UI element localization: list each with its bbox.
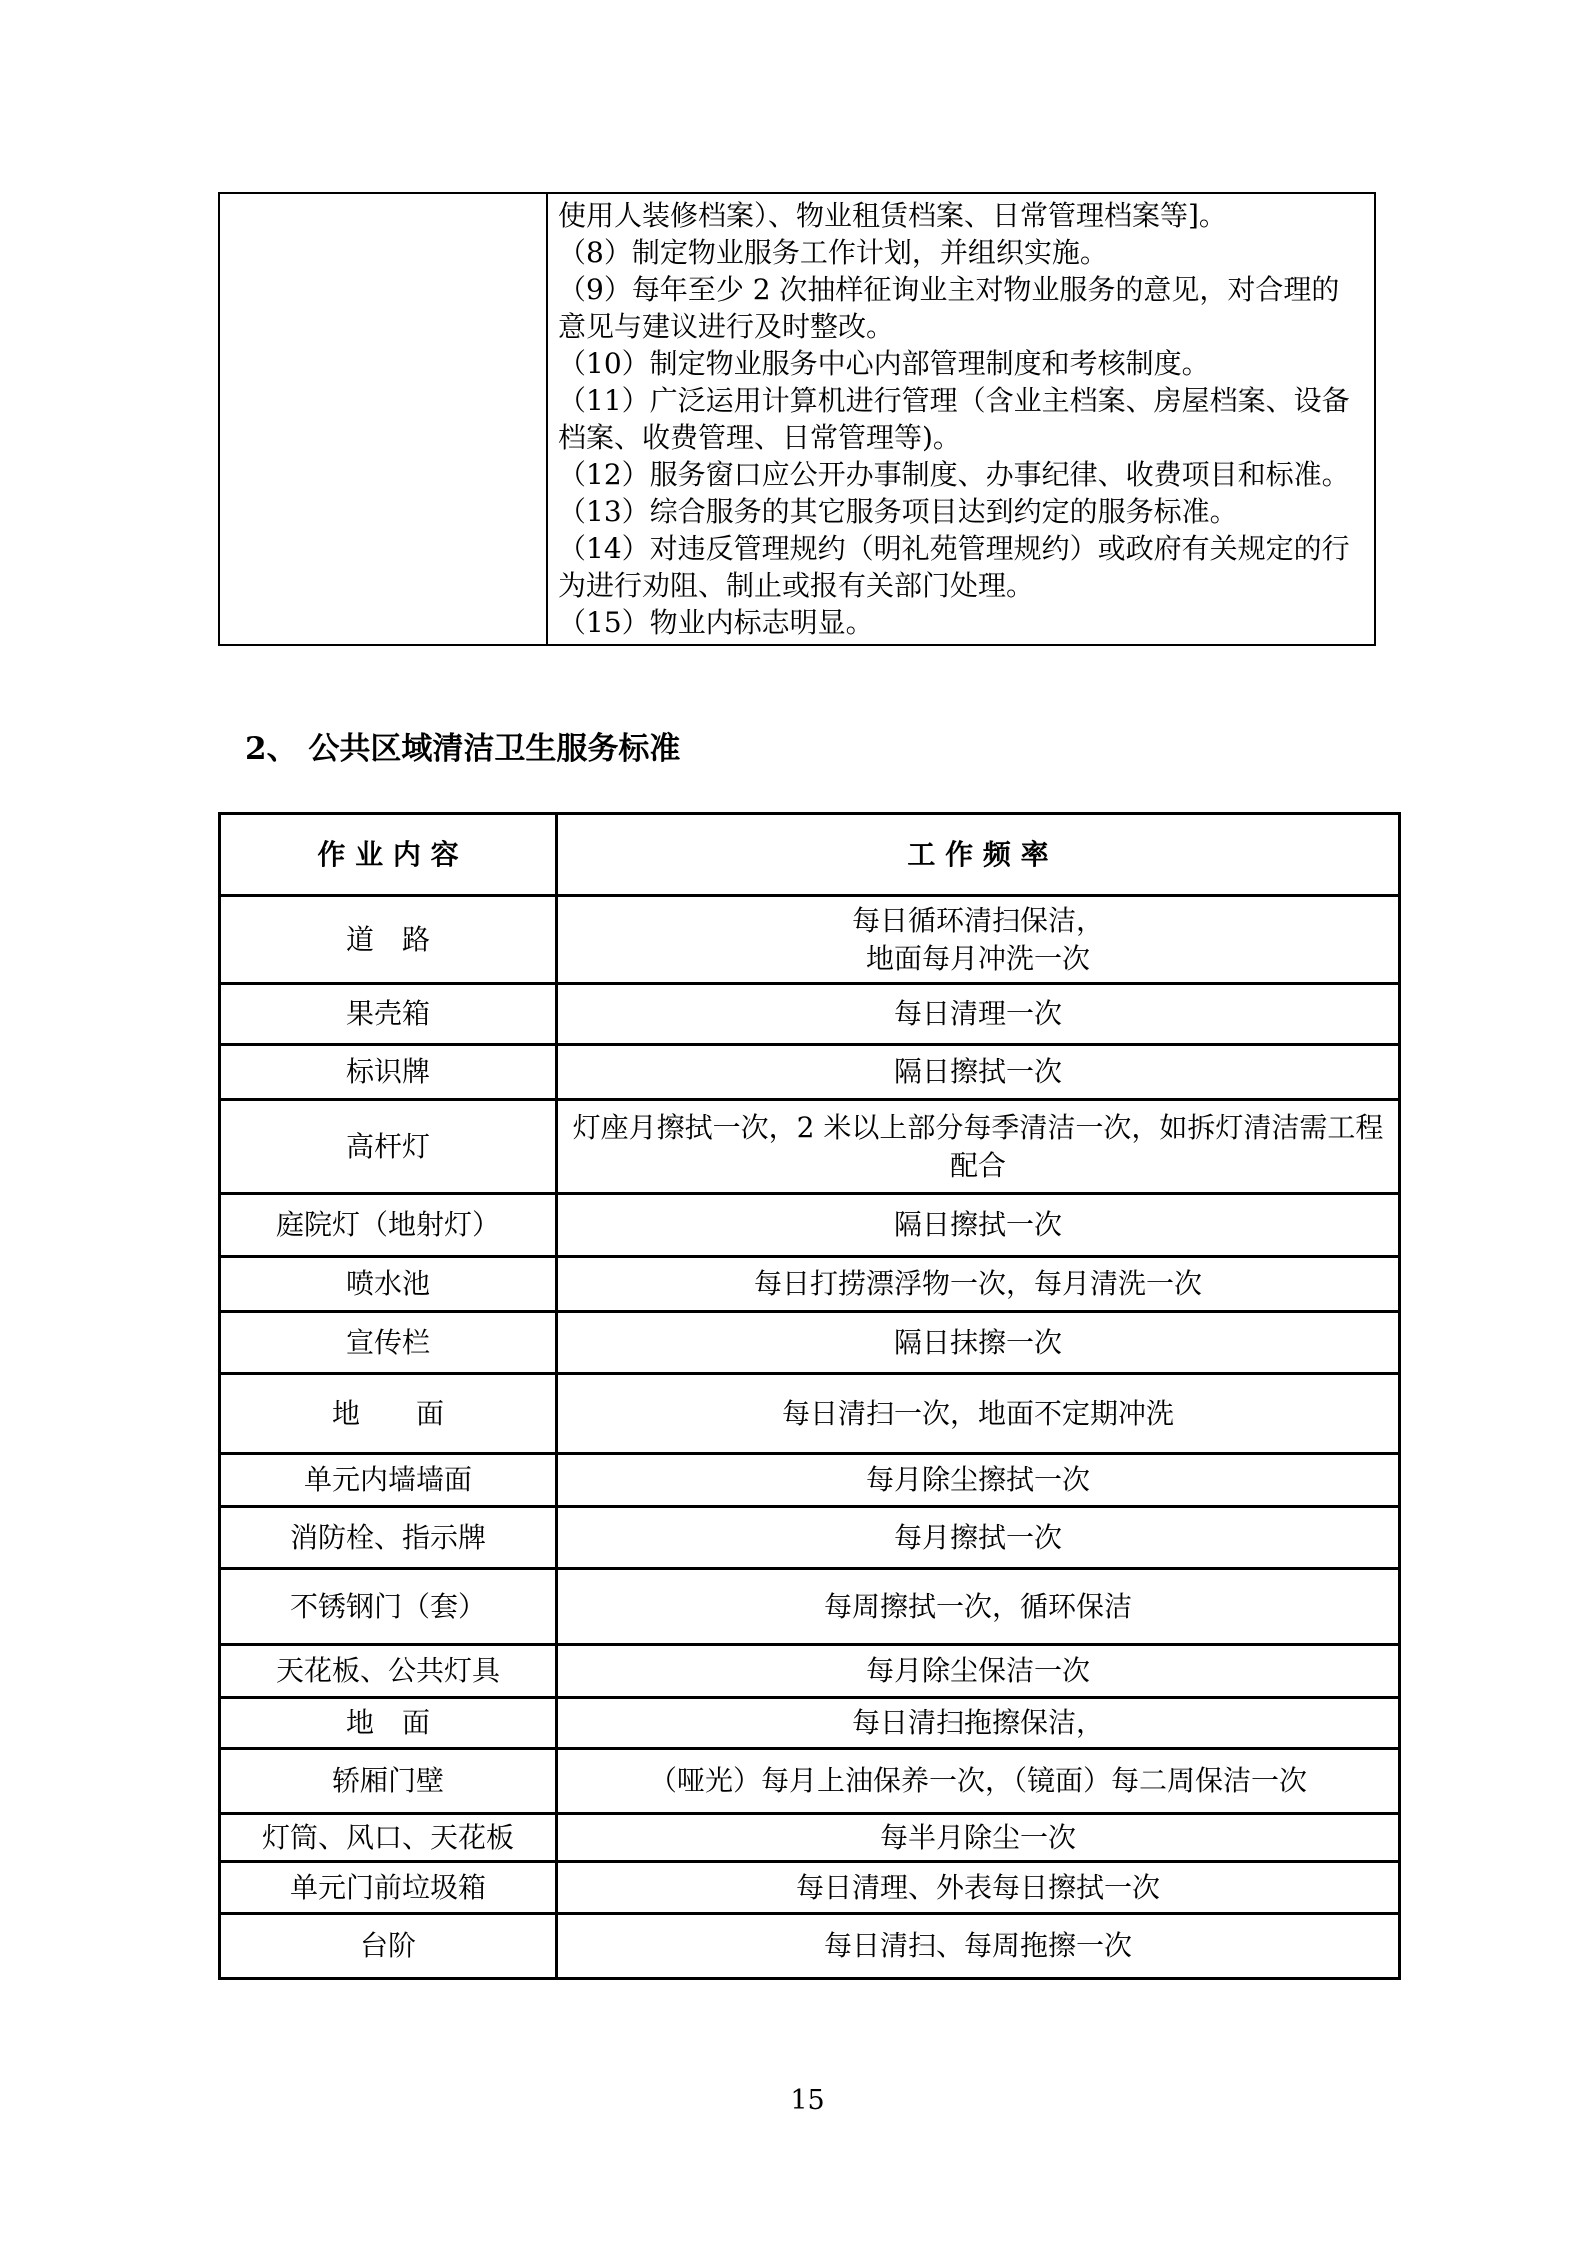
paragraph: （9）每年至少 2 次抽样征询业主对物业服务的意见，对合理的意见与建议进行及时整… — [558, 271, 1364, 345]
table-row: 标识牌 隔日擦拭一次 — [220, 1045, 1400, 1100]
frequency-cell: 每日清理一次 — [557, 984, 1400, 1045]
table-header-row: 作 业 内 容 工 作 频 率 — [220, 814, 1400, 896]
table-row: 不锈钢门（套） 每周擦拭一次，循环保洁 — [220, 1569, 1400, 1645]
frequency-cell: 灯座月擦拭一次，2 米以上部分每季清洁一次，如拆灯清洁需工程配合 — [557, 1100, 1400, 1194]
item-cell: 台阶 — [220, 1914, 557, 1979]
table-row: 果壳箱 每日清理一次 — [220, 984, 1400, 1045]
table-row: 轿厢门壁 （哑光）每月上油保养一次，（镜面）每二周保洁一次 — [220, 1749, 1400, 1814]
item-cell: 宣传栏 — [220, 1312, 557, 1374]
item-cell: 高杆灯 — [220, 1100, 557, 1194]
frequency-cell: 每日清扫一次，地面不定期冲洗 — [557, 1374, 1400, 1454]
section-heading: 2、 公共区域清洁卫生服务标准 — [245, 723, 680, 768]
frequency-cell: 每日循环清扫保洁， 地面每月冲洗一次 — [557, 896, 1400, 984]
table-row: 天花板、公共灯具 每月除尘保洁一次 — [220, 1645, 1400, 1698]
paragraph: （10）制定物业服务中心内部管理制度和考核制度。 — [558, 345, 1364, 382]
frequency-cell: 每日打捞漂浮物一次，每月清洗一次 — [557, 1257, 1400, 1312]
item-cell: 天花板、公共灯具 — [220, 1645, 557, 1698]
table-row: 道 路 每日循环清扫保洁， 地面每月冲洗一次 — [220, 896, 1400, 984]
table-row: 消防栓、指示牌 每月擦拭一次 — [220, 1507, 1400, 1569]
table-row: 庭院灯（地射灯） 隔日擦拭一次 — [220, 1194, 1400, 1257]
item-cell: 地 面 — [220, 1698, 557, 1749]
cleaning-service-table: 作 业 内 容 工 作 频 率 道 路 每日循环清扫保洁， 地面每月冲洗一次 果… — [218, 812, 1401, 1980]
frequency-cell: 每月除尘擦拭一次 — [557, 1454, 1400, 1507]
frequency-cell: 每月擦拭一次 — [557, 1507, 1400, 1569]
paragraph: （8）制定物业服务工作计划，并组织实施。 — [558, 234, 1364, 271]
table-row: 使用人装修档案）、物业租赁档案、日常管理档案等]。 （8）制定物业服务工作计划，… — [219, 193, 1375, 645]
table-row: 地 面 每日清扫拖擦保洁， — [220, 1698, 1400, 1749]
table-row: 宣传栏 隔日抹擦一次 — [220, 1312, 1400, 1374]
paragraph: （12）服务窗口应公开办事制度、办事纪律、收费项目和标准。 — [558, 456, 1364, 493]
table-row: 地 面 每日清扫一次，地面不定期冲洗 — [220, 1374, 1400, 1454]
item-cell: 不锈钢门（套） — [220, 1569, 557, 1645]
column-header-frequency: 工 作 频 率 — [557, 814, 1400, 896]
frequency-cell: 隔日擦拭一次 — [557, 1194, 1400, 1257]
frequency-cell: 隔日擦拭一次 — [557, 1045, 1400, 1100]
frequency-cell: （哑光）每月上油保养一次，（镜面）每二周保洁一次 — [557, 1749, 1400, 1814]
standards-text-cell: 使用人装修档案）、物业租赁档案、日常管理档案等]。 （8）制定物业服务工作计划，… — [547, 193, 1375, 645]
item-cell: 消防栓、指示牌 — [220, 1507, 557, 1569]
item-cell: 单元内墙墙面 — [220, 1454, 557, 1507]
table-row: 喷水池 每日打捞漂浮物一次，每月清洗一次 — [220, 1257, 1400, 1312]
frequency-cell: 每半月除尘一次 — [557, 1814, 1400, 1862]
frequency-cell: 每月除尘保洁一次 — [557, 1645, 1400, 1698]
column-header-item: 作 业 内 容 — [220, 814, 557, 896]
table-row: 高杆灯 灯座月擦拭一次，2 米以上部分每季清洁一次，如拆灯清洁需工程配合 — [220, 1100, 1400, 1194]
frequency-cell: 每日清扫、每周拖擦一次 — [557, 1914, 1400, 1979]
frequency-cell: 每日清扫拖擦保洁， — [557, 1698, 1400, 1749]
paragraph: （13）综合服务的其它服务项目达到约定的服务标准。 — [558, 493, 1364, 530]
empty-item-cell — [219, 193, 547, 645]
table-row: 单元门前垃圾箱 每日清理、外表每日擦拭一次 — [220, 1862, 1400, 1914]
item-cell: 灯筒、风口、天花板 — [220, 1814, 557, 1862]
paragraph: （14）对违反管理规约（明礼苑管理规约）或政府有关规定的行为进行劝阻、制止或报有… — [558, 530, 1364, 604]
page-number: 15 — [0, 2085, 1587, 2116]
item-cell: 道 路 — [220, 896, 557, 984]
paragraph: 使用人装修档案）、物业租赁档案、日常管理档案等]。 — [558, 197, 1364, 234]
frequency-cell: 每日清理、外表每日擦拭一次 — [557, 1862, 1400, 1914]
frequency-cell: 隔日抹擦一次 — [557, 1312, 1400, 1374]
table-row: 台阶 每日清扫、每周拖擦一次 — [220, 1914, 1400, 1979]
frequency-cell: 每周擦拭一次，循环保洁 — [557, 1569, 1400, 1645]
document-page: 使用人装修档案）、物业租赁档案、日常管理档案等]。 （8）制定物业服务工作计划，… — [0, 0, 1587, 2245]
item-cell: 轿厢门壁 — [220, 1749, 557, 1814]
item-cell: 标识牌 — [220, 1045, 557, 1100]
item-cell: 单元门前垃圾箱 — [220, 1862, 557, 1914]
service-standard-continuation-table: 使用人装修档案）、物业租赁档案、日常管理档案等]。 （8）制定物业服务工作计划，… — [218, 192, 1376, 646]
item-cell: 果壳箱 — [220, 984, 557, 1045]
item-cell: 庭院灯（地射灯） — [220, 1194, 557, 1257]
table-row: 单元内墙墙面 每月除尘擦拭一次 — [220, 1454, 1400, 1507]
item-cell: 地 面 — [220, 1374, 557, 1454]
paragraph: （11）广泛运用计算机进行管理（含业主档案、房屋档案、设备档案、收费管理、日常管… — [558, 382, 1364, 456]
paragraph: （15）物业内标志明显。 — [558, 604, 1364, 641]
table-row: 灯筒、风口、天花板 每半月除尘一次 — [220, 1814, 1400, 1862]
item-cell: 喷水池 — [220, 1257, 557, 1312]
